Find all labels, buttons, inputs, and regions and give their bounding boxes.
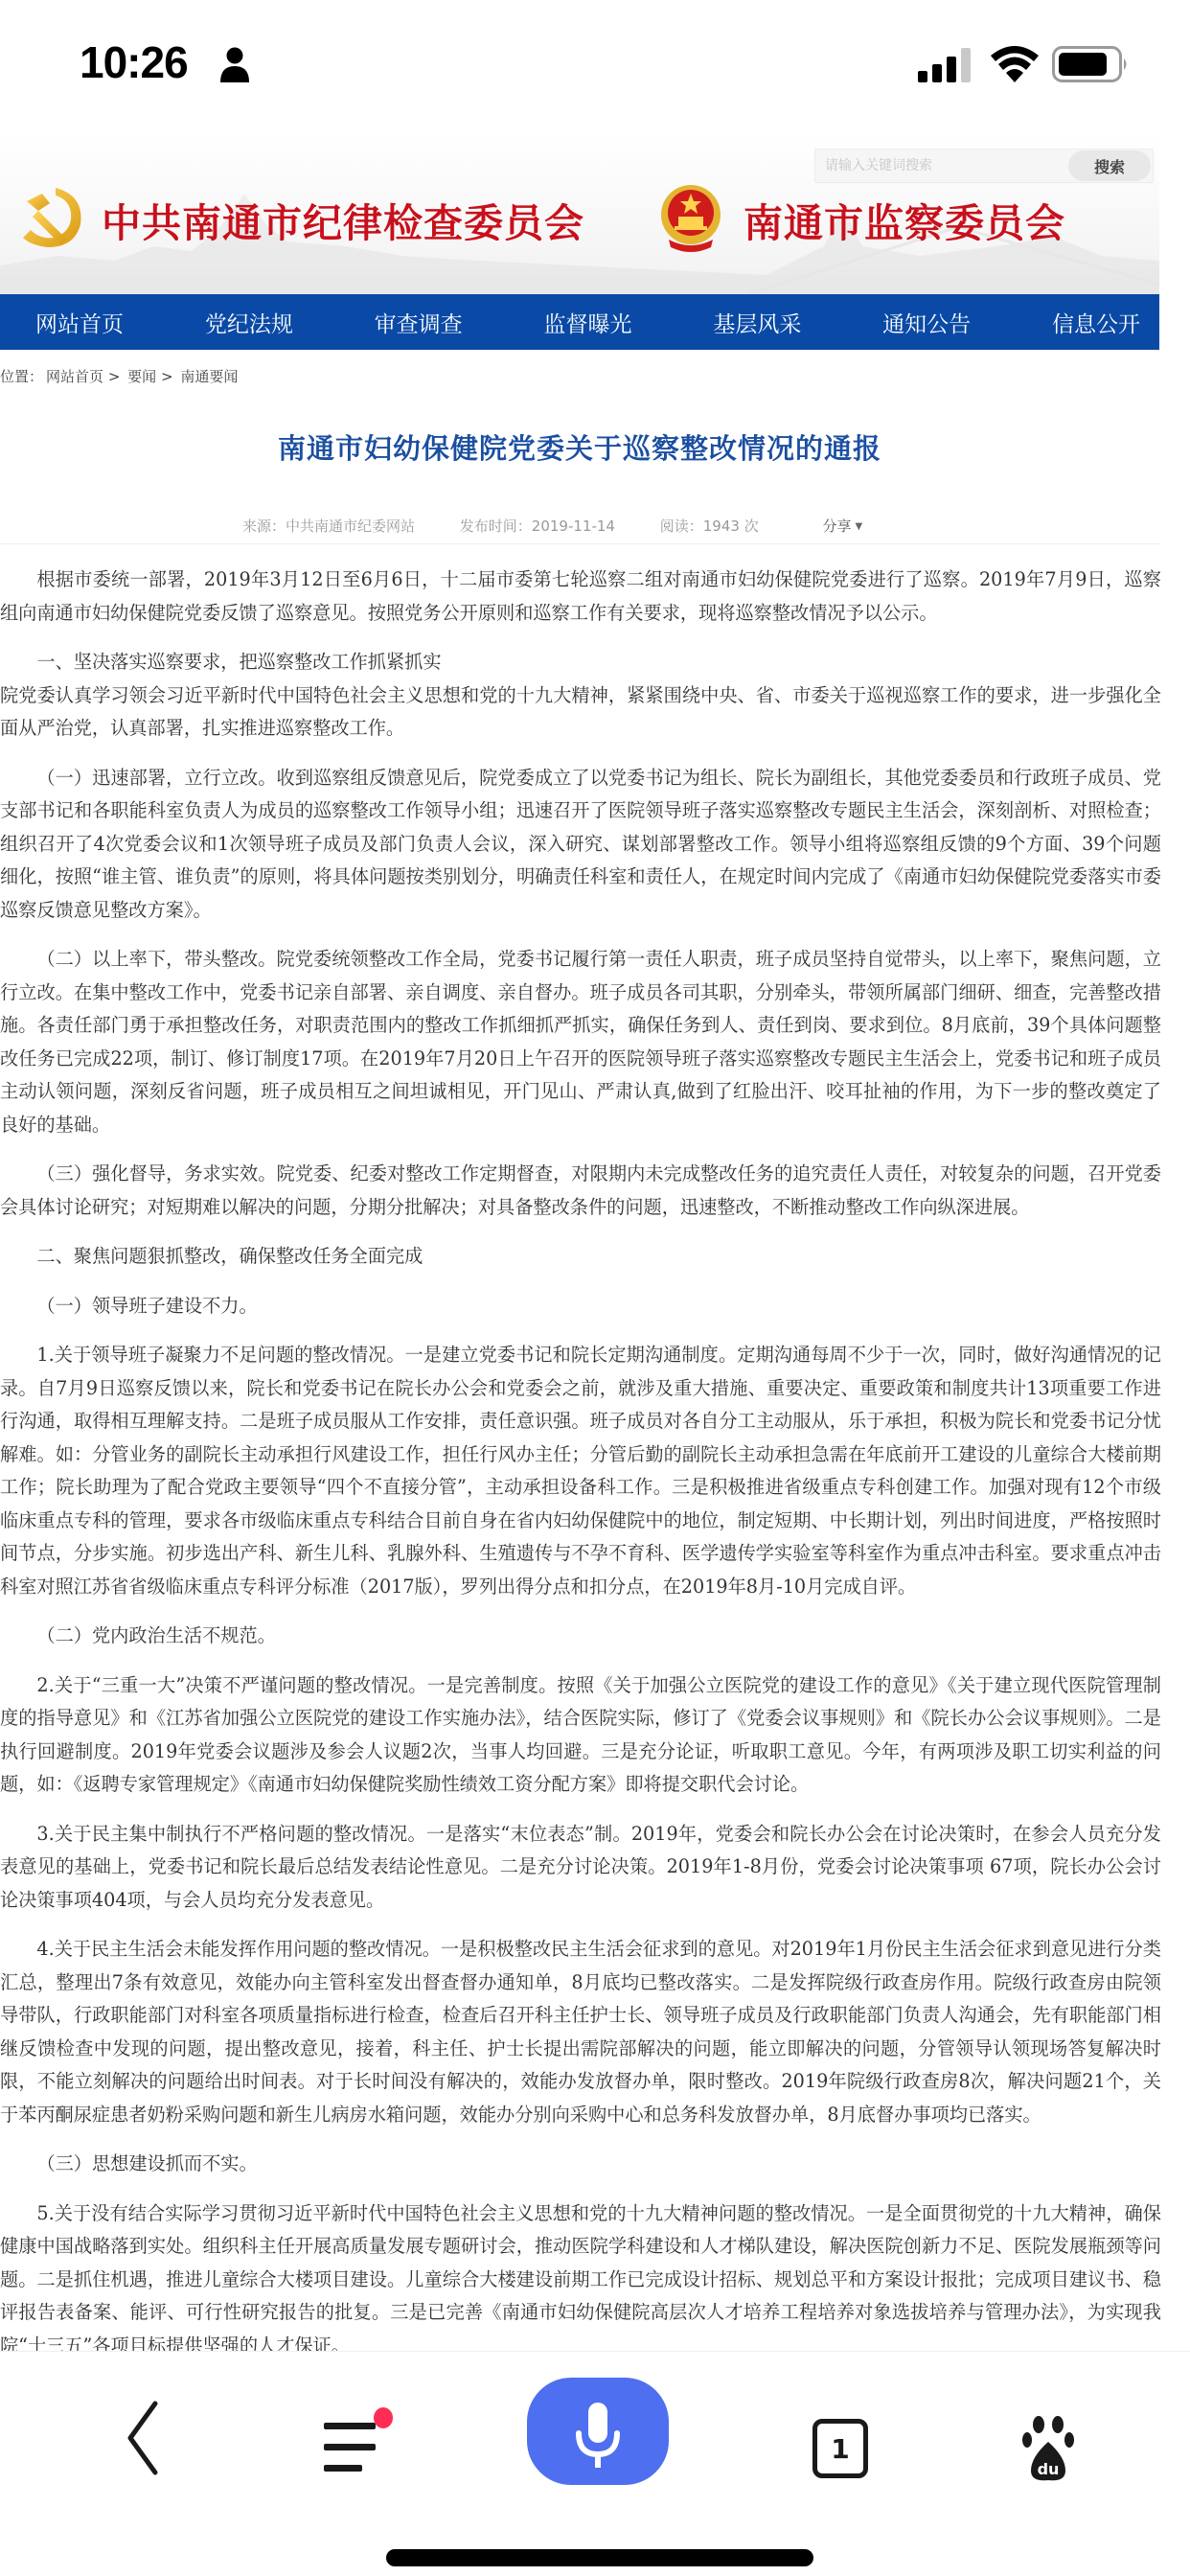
- article-publish-time: 发布时间：2019-11-14: [460, 516, 615, 536]
- voice-search-button[interactable]: [527, 2378, 669, 2485]
- supervision-commission-logo-text: 南通市监察委员会: [744, 192, 1065, 248]
- paragraph: （三）强化督导，务求实效。院党委、纪委对整改工作定期督查，对限期内未完成整改任务…: [0, 1158, 1161, 1224]
- site-header: 搜索 中共南通市纪律检查委员会 南通市监察委员会: [0, 134, 1159, 294]
- baidu-paw-icon[interactable]: du: [1021, 2415, 1075, 2484]
- paragraph: 4.关于民主生活会未能发挥作用问题的整改情况。一是积极整改民主生活会征求到的意见…: [0, 1933, 1161, 2131]
- status-time: 10:26: [80, 36, 188, 88]
- notification-badge: [374, 2407, 393, 2428]
- cpc-commission-logo-text: 中共南通市纪律检查委员会: [102, 192, 584, 248]
- divider: [0, 543, 1159, 544]
- home-indicator[interactable]: [386, 2549, 813, 2566]
- nav-item-info-disclosure[interactable]: 信息公开: [1052, 307, 1140, 338]
- breadcrumb-news[interactable]: 要闻: [127, 368, 156, 385]
- back-icon[interactable]: [123, 2400, 161, 2476]
- article-meta: 来源：中共南通市纪委网站 发布时间：2019-11-14 阅读：1943 次 分…: [242, 516, 862, 536]
- nav-item-supervision-exposure[interactable]: 监督曝光: [543, 307, 631, 338]
- breadcrumb: 位置：网站首页 > 要闻 > 南通要闻: [0, 366, 238, 386]
- microphone-icon: [527, 2378, 669, 2485]
- national-emblem-icon: [659, 182, 722, 253]
- caret-down-icon: ▼: [856, 521, 863, 532]
- article-source: 来源：中共南通市纪委网站: [242, 516, 415, 536]
- paragraph: 1.关于领导班子凝聚力不足问题的整改情况。一是建立党委书记和院长定期沟通制度。定…: [0, 1339, 1161, 1603]
- svg-text:du: du: [1038, 2460, 1060, 2478]
- subsection-heading: （二）党内政治生活不规范。: [0, 1620, 1161, 1653]
- paragraph: 根据市委统一部署，2019年3月12日至6月6日，十二届市委第七轮巡察二组对南通…: [0, 563, 1161, 630]
- person-icon: [218, 46, 251, 82]
- status-bar: 10:26: [0, 0, 1190, 125]
- search-input[interactable]: [815, 149, 1063, 182]
- cpc-emblem-icon: [17, 184, 84, 251]
- section-heading: 二、聚焦问题狠抓整改，确保整改任务全面完成: [0, 1240, 1161, 1274]
- article-title: 南通市妇幼保健院党委关于巡察整改情况的通报: [0, 427, 1159, 467]
- paragraph: （一）迅速部署，立行立改。收到巡察组反馈意见后，院党委成立了以党委书记为组长、院…: [0, 762, 1161, 928]
- signal-icon: [918, 48, 972, 82]
- section-heading: 一、坚决落实巡察要求，把巡察整改工作抓紧抓实: [0, 646, 1161, 679]
- paragraph: （二）以上率下，带头整改。院党委统领整改工作全局，党委书记履行第一责任人职责，班…: [0, 943, 1161, 1141]
- nav-item-investigation[interactable]: 审查调查: [375, 307, 463, 338]
- subsection-heading: （一）领导班子建设不力。: [0, 1290, 1161, 1323]
- tabs-button[interactable]: 1: [812, 2419, 868, 2478]
- subsection-heading: （三）思想建设抓而不实。: [0, 2148, 1161, 2181]
- browser-toolbar: 1 du: [0, 2351, 1190, 2505]
- article-read-count: 阅读：1943 次: [660, 516, 759, 536]
- main-nav: 网站首页 党纪法规 审查调查 监督曝光 基层风采 通知公告 信息公开: [0, 294, 1159, 350]
- breadcrumb-prefix: 位置：: [0, 368, 43, 385]
- breadcrumb-separator: >: [108, 368, 121, 385]
- menu-button[interactable]: [324, 2409, 393, 2476]
- article-body: 根据市委统一部署，2019年3月12日至6月6日，十二届市委第七轮巡察二组对南通…: [0, 563, 1161, 2365]
- wifi-icon: [991, 44, 1039, 82]
- search-box: 搜索: [814, 149, 1154, 183]
- battery-icon: [1052, 46, 1129, 82]
- paragraph: 院党委认真学习领会习近平新时代中国特色社会主义思想和党的十九大精神，紧紧围绕中央…: [0, 679, 1161, 746]
- paragraph: 3.关于民主集中制执行不严格问题的整改情况。一是落实“末位表态”制。2019年，…: [0, 1818, 1161, 1918]
- share-button[interactable]: 分享▼: [823, 516, 863, 536]
- breadcrumb-home[interactable]: 网站首页: [46, 368, 103, 385]
- breadcrumb-nantong-news[interactable]: 南通要闻: [180, 368, 238, 385]
- share-label: 分享: [823, 516, 852, 536]
- paragraph: 5.关于没有结合实际学习贯彻习近平新时代中国特色社会主义思想和党的十九大精神问题…: [0, 2197, 1161, 2363]
- nav-item-home[interactable]: 网站首页: [35, 307, 124, 338]
- nav-item-party-regulations[interactable]: 党纪法规: [205, 307, 293, 338]
- search-button[interactable]: 搜索: [1068, 150, 1151, 181]
- nav-item-grassroots[interactable]: 基层风采: [713, 307, 801, 338]
- nav-item-notices[interactable]: 通知公告: [882, 307, 971, 338]
- paragraph: 2.关于“三重一大”决策不严谨问题的整改情况。一是完善制度。按照《关于加强公立医…: [0, 1669, 1161, 1802]
- breadcrumb-separator: >: [161, 368, 173, 385]
